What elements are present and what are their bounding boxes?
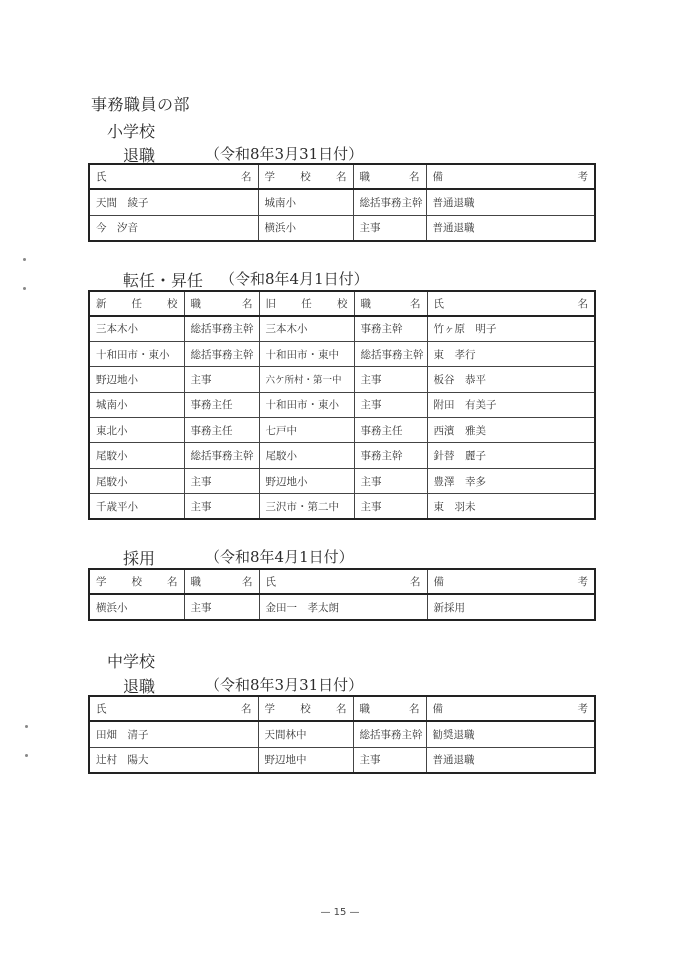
table-row: 東北小 事務主任 七戸中 事務主任 西濱 雅美	[89, 418, 595, 443]
cell-remarks: 勧奨退職	[426, 721, 595, 747]
cell-school: 城南小	[258, 189, 353, 215]
cell-school: 野辺地中	[258, 747, 353, 773]
elementary-transfer-table: 新任校 職名 旧任校 職名 氏名 三本木小 総括事務主幹 三本木小 事務主幹 竹…	[88, 290, 596, 520]
table-row: 尾駮小 主事 野辺地小 主事 豊澤 幸多	[89, 468, 595, 493]
header-old-position: 職名	[354, 291, 427, 316]
header-name: 氏名	[89, 164, 258, 189]
header-name: 氏名	[427, 291, 595, 316]
cell-old-position: 主事	[354, 367, 427, 392]
cell-position: 総括事務主幹	[353, 721, 426, 747]
table-row: 三本木小 総括事務主幹 三本木小 事務主幹 竹ヶ原 明子	[89, 316, 595, 341]
elementary-transfer-heading: 転任・昇任	[123, 268, 203, 291]
junior-high-retirement-table: 氏名 学校名 職名 備考 田畑 清子 天間林中 総括事務主幹 勧奨退職 辻村 陽…	[88, 695, 596, 774]
cell-name: 辻村 陽大	[89, 747, 258, 773]
scan-dot	[23, 287, 26, 290]
cell-school: 横浜小	[258, 215, 353, 241]
header-school: 学校名	[258, 696, 353, 721]
header-name: 氏名	[259, 569, 427, 594]
cell-position: 主事	[184, 594, 259, 620]
section-title: 事務職員の部	[91, 92, 190, 115]
cell-name: 竹ヶ原 明子	[427, 316, 595, 341]
elementary-retirement-date: （令和8年3月31日付）	[205, 143, 363, 164]
header-new-school: 新任校	[89, 291, 184, 316]
cell-new-position: 総括事務主幹	[184, 443, 259, 468]
scan-dot	[25, 725, 28, 728]
cell-old-position: 主事	[354, 392, 427, 417]
cell-name: 天間 綾子	[89, 189, 258, 215]
header-new-position: 職名	[184, 291, 259, 316]
table-row: 城南小 事務主任 十和田市・東小 主事 附田 有美子	[89, 392, 595, 417]
cell-name: 金田一 孝太朗	[259, 594, 427, 620]
cell-new-school: 東北小	[89, 418, 184, 443]
cell-name: 針替 麗子	[427, 443, 595, 468]
header-old-school: 旧任校	[259, 291, 354, 316]
cell-remarks: 普通退職	[426, 747, 595, 773]
page-number: — 15 —	[0, 907, 680, 918]
header-remarks: 備考	[427, 569, 595, 594]
cell-name: 東 羽未	[427, 494, 595, 519]
table-row: 今 汐音 横浜小 主事 普通退職	[89, 215, 595, 241]
table-row: 野辺地小 主事 六ケ所村・第一中 主事 板谷 恭平	[89, 367, 595, 392]
cell-new-position: 主事	[184, 494, 259, 519]
cell-position: 総括事務主幹	[353, 189, 426, 215]
header-position: 職名	[353, 164, 426, 189]
scan-dot	[23, 258, 26, 261]
cell-remarks: 新採用	[427, 594, 595, 620]
cell-new-school: 城南小	[89, 392, 184, 417]
table-row: 横浜小 主事 金田一 孝太朗 新採用	[89, 594, 595, 620]
table-row: 千歳平小 主事 三沢市・第二中 主事 東 羽未	[89, 494, 595, 519]
elementary-label: 小学校	[107, 119, 155, 142]
cell-name: 西濱 雅美	[427, 418, 595, 443]
cell-new-position: 主事	[184, 468, 259, 493]
cell-name: 附田 有美子	[427, 392, 595, 417]
cell-new-school: 野辺地小	[89, 367, 184, 392]
cell-old-position: 事務主幹	[354, 443, 427, 468]
cell-new-school: 十和田市・東小	[89, 341, 184, 366]
cell-remarks: 普通退職	[426, 215, 595, 241]
cell-name: 田畑 清子	[89, 721, 258, 747]
cell-old-school: 三本木小	[259, 316, 354, 341]
cell-new-position: 総括事務主幹	[184, 316, 259, 341]
cell-school: 横浜小	[89, 594, 184, 620]
header-school: 学校名	[89, 569, 184, 594]
table-row: 天間 綾子 城南小 総括事務主幹 普通退職	[89, 189, 595, 215]
elementary-transfer-date: （令和8年4月1日付）	[220, 268, 369, 289]
cell-new-position: 主事	[184, 367, 259, 392]
cell-old-school: 三沢市・第二中	[259, 494, 354, 519]
cell-new-position: 事務主任	[184, 418, 259, 443]
table-row: 尾駮小 総括事務主幹 尾駮小 事務主幹 針替 麗子	[89, 443, 595, 468]
junior-high-retirement-heading: 退職	[123, 674, 155, 697]
header-name: 氏名	[89, 696, 258, 721]
cell-old-position: 主事	[354, 468, 427, 493]
cell-old-position: 事務主幹	[354, 316, 427, 341]
header-position: 職名	[184, 569, 259, 594]
cell-old-school: 七戸中	[259, 418, 354, 443]
cell-old-position: 総括事務主幹	[354, 341, 427, 366]
cell-old-school: 十和田市・東中	[259, 341, 354, 366]
cell-old-school: 六ケ所村・第一中	[259, 367, 354, 392]
cell-position: 主事	[353, 747, 426, 773]
cell-new-school: 尾駮小	[89, 468, 184, 493]
header-position: 職名	[353, 696, 426, 721]
cell-old-school: 十和田市・東小	[259, 392, 354, 417]
elementary-retirement-table: 氏名 学校名 職名 備考 天間 綾子 城南小 総括事務主幹 普通退職 今 汐音 …	[88, 163, 596, 242]
cell-position: 主事	[353, 215, 426, 241]
scan-dot	[25, 754, 28, 757]
cell-old-position: 主事	[354, 494, 427, 519]
table-row: 十和田市・東小 総括事務主幹 十和田市・東中 総括事務主幹 東 孝行	[89, 341, 595, 366]
cell-new-school: 千歳平小	[89, 494, 184, 519]
cell-school: 天間林中	[258, 721, 353, 747]
cell-new-school: 尾駮小	[89, 443, 184, 468]
elementary-hiring-date: （令和8年4月1日付）	[205, 546, 354, 567]
table-row: 田畑 清子 天間林中 総括事務主幹 勧奨退職	[89, 721, 595, 747]
cell-new-school: 三本木小	[89, 316, 184, 341]
cell-remarks: 普通退職	[426, 189, 595, 215]
junior-high-retirement-date: （令和8年3月31日付）	[205, 674, 363, 695]
cell-old-position: 事務主任	[354, 418, 427, 443]
cell-old-school: 尾駮小	[259, 443, 354, 468]
cell-old-school: 野辺地小	[259, 468, 354, 493]
cell-new-position: 総括事務主幹	[184, 341, 259, 366]
header-remarks: 備考	[426, 164, 595, 189]
cell-name: 今 汐音	[89, 215, 258, 241]
header-school: 学校名	[258, 164, 353, 189]
cell-name: 東 孝行	[427, 341, 595, 366]
cell-new-position: 事務主任	[184, 392, 259, 417]
cell-name: 豊澤 幸多	[427, 468, 595, 493]
junior-high-label: 中学校	[107, 649, 155, 672]
cell-name: 板谷 恭平	[427, 367, 595, 392]
elementary-hiring-table: 学校名 職名 氏名 備考 横浜小 主事 金田一 孝太朗 新採用	[88, 568, 596, 621]
table-row: 辻村 陽大 野辺地中 主事 普通退職	[89, 747, 595, 773]
elementary-hiring-heading: 採用	[123, 546, 155, 569]
header-remarks: 備考	[426, 696, 595, 721]
